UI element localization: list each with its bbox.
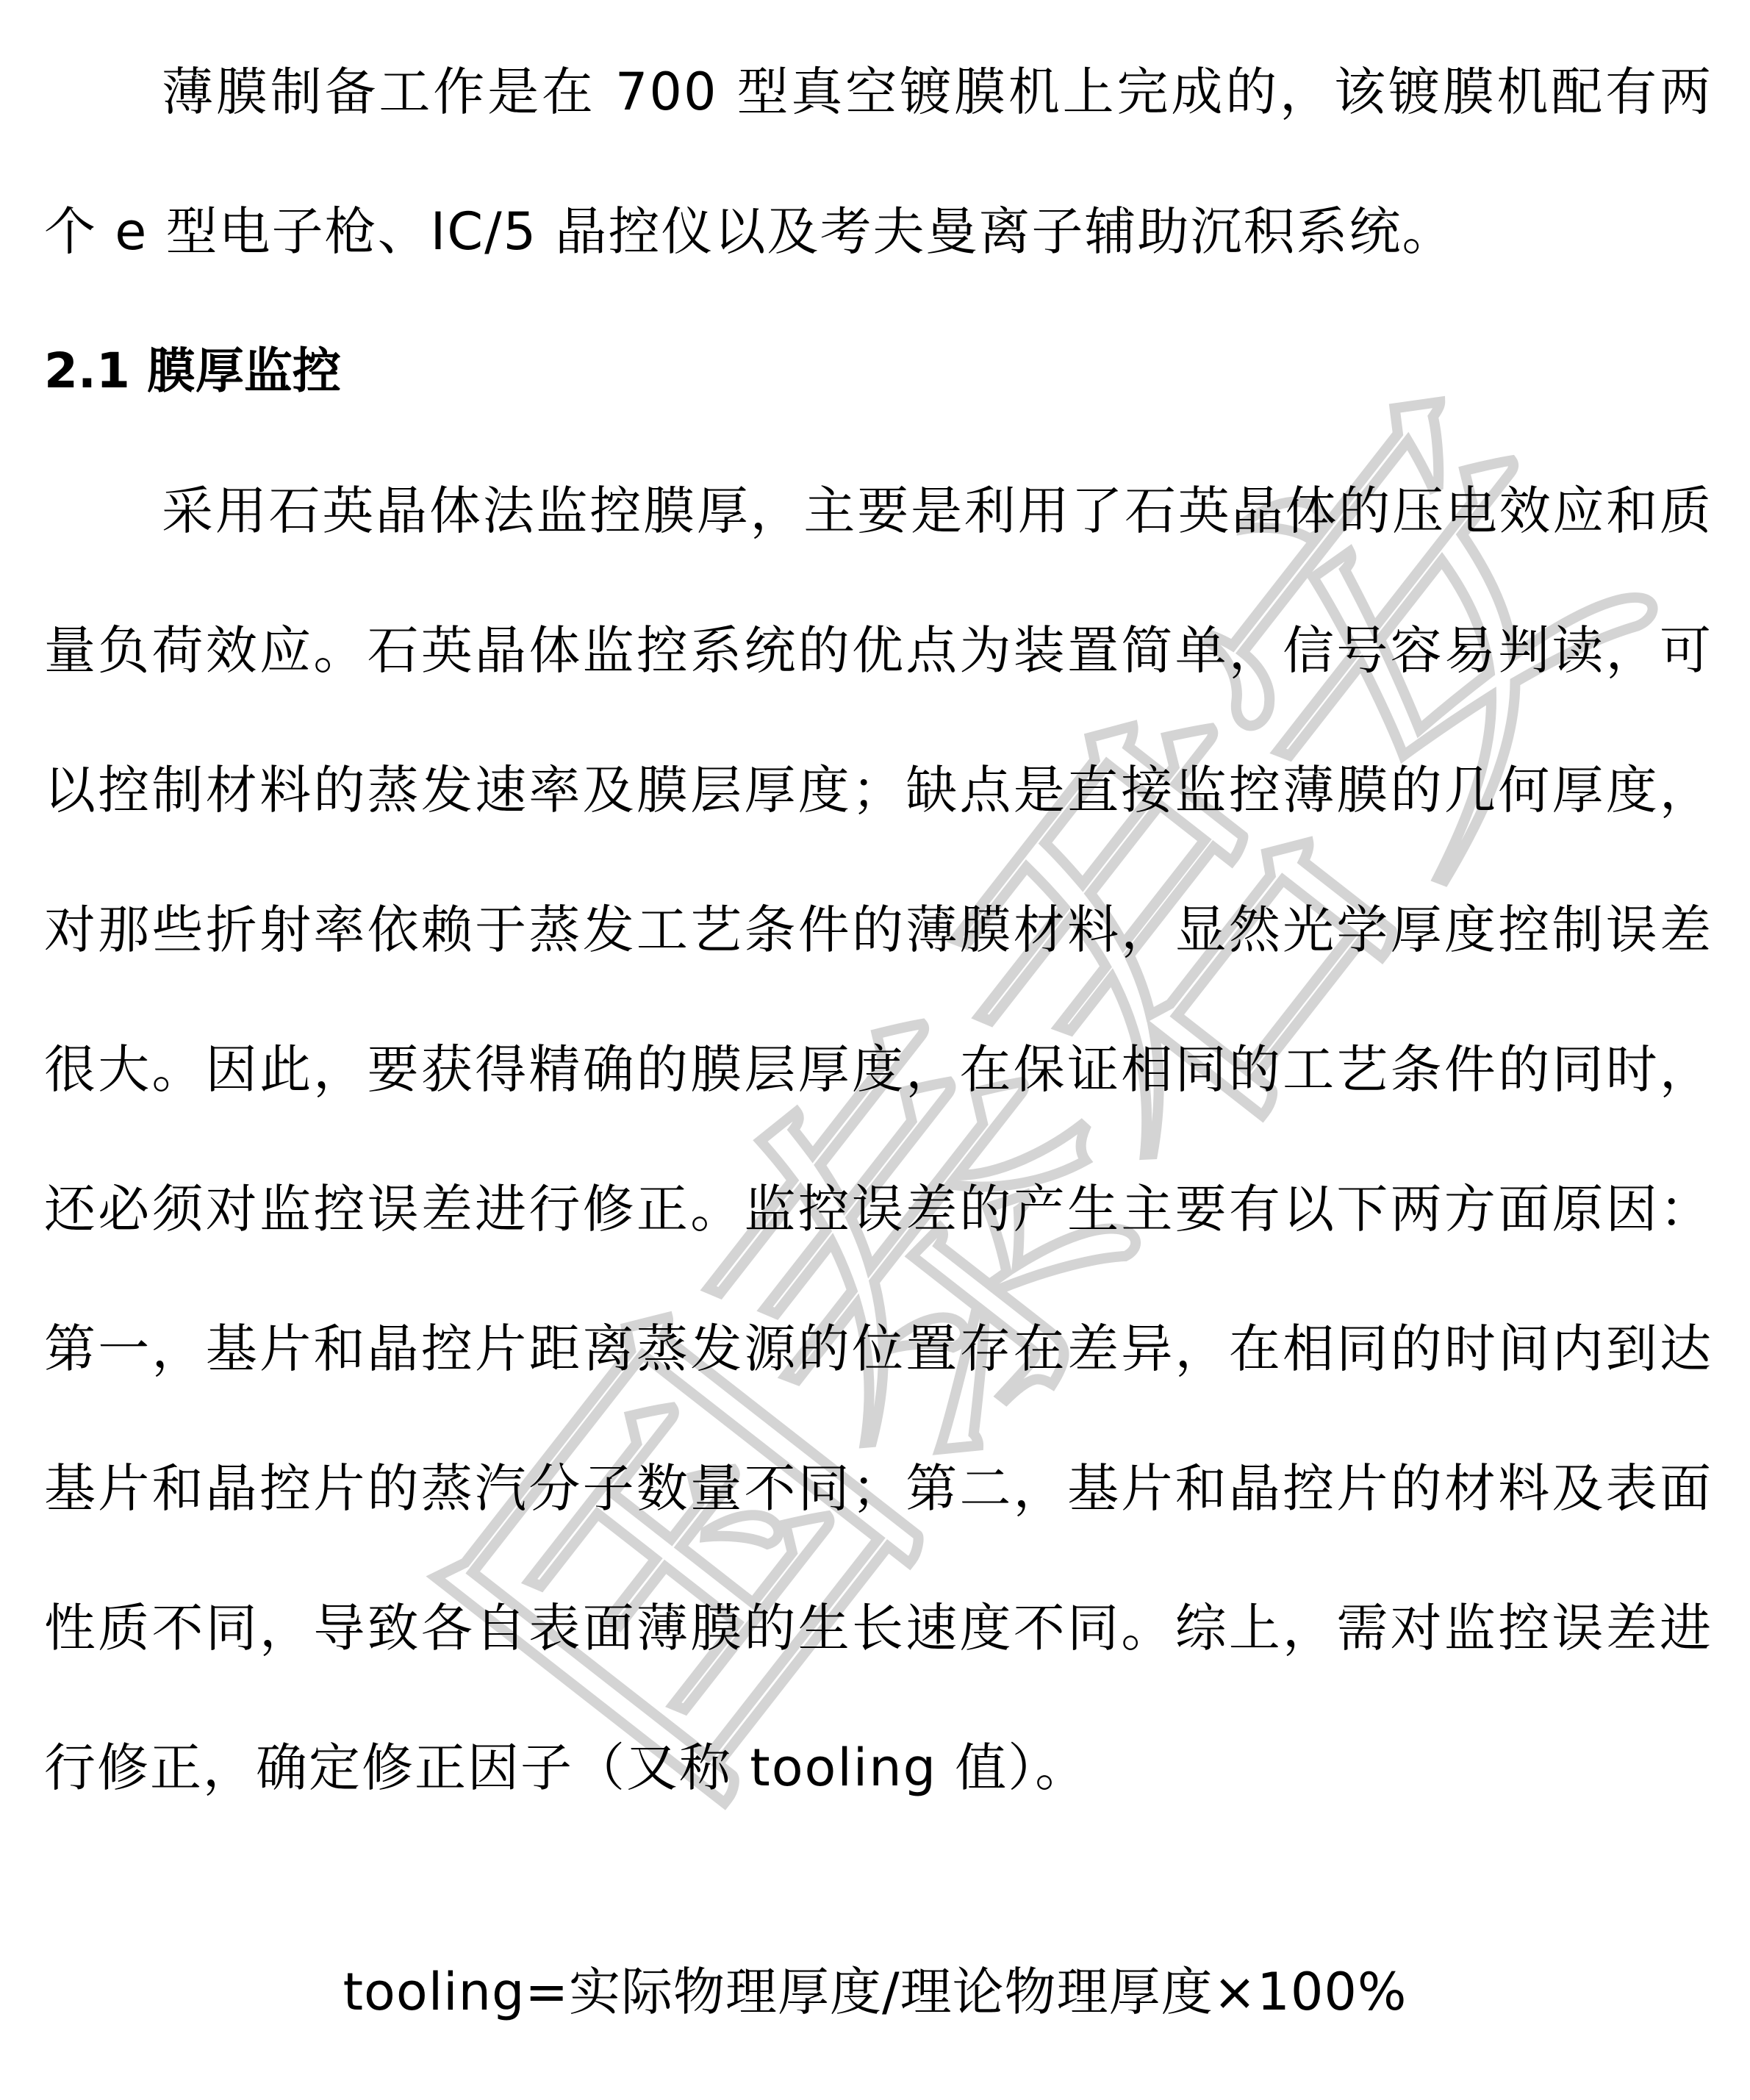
document-page: 薄膜制备工作是在 700 型真空镀膜机上完成的，该镀膜机配有两个 e 型电子枪、… — [44, 0, 1713, 1838]
intro-paragraph: 薄膜制备工作是在 700 型真空镀膜机上完成的，该镀膜机配有两个 e 型电子枪、… — [44, 22, 1713, 301]
section-heading: 2.1 膜厚监控 — [44, 301, 1713, 441]
tooling-formula: tooling=实际物理厚度/理论物理厚度×100% — [0, 1955, 1750, 2029]
body-paragraph: 采用石英晶体法监控膜厚，主要是利用了石英晶体的压电效应和质量负荷效应。石英晶体监… — [44, 441, 1713, 1838]
